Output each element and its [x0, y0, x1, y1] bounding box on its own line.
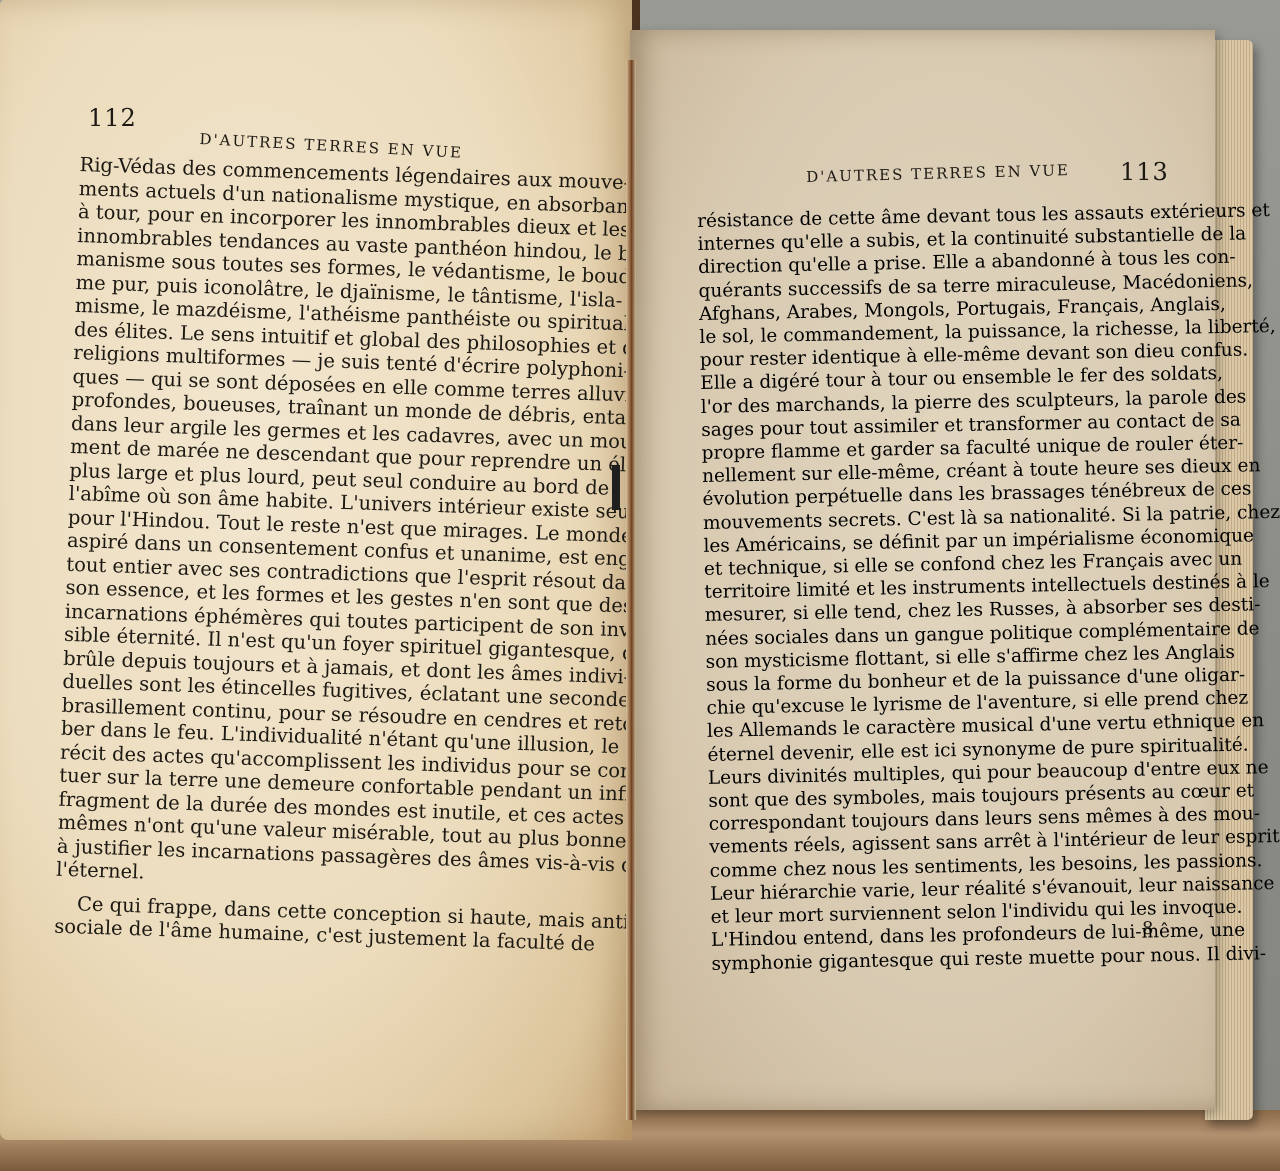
left-running-head: D'AUTRES TERRES EN VUE: [199, 130, 463, 162]
binding-tape-mark: [612, 465, 620, 510]
right-body-text: résistance de cette âme devant tous les …: [697, 201, 1174, 975]
open-book: 112 D'AUTRES TERRES EN VUE Rig-Védas des…: [0, 0, 1280, 1171]
left-body-text: Rig-Védas des commencements légendaires …: [54, 153, 525, 953]
book-gutter: [626, 60, 636, 1120]
left-page-number: 112: [88, 104, 137, 132]
right-running-head: D'AUTRES TERRES EN VUE: [806, 161, 1070, 186]
left-page: 112 D'AUTRES TERRES EN VUE Rig-Védas des…: [0, 0, 632, 1140]
right-page-number: 113: [1120, 158, 1169, 186]
